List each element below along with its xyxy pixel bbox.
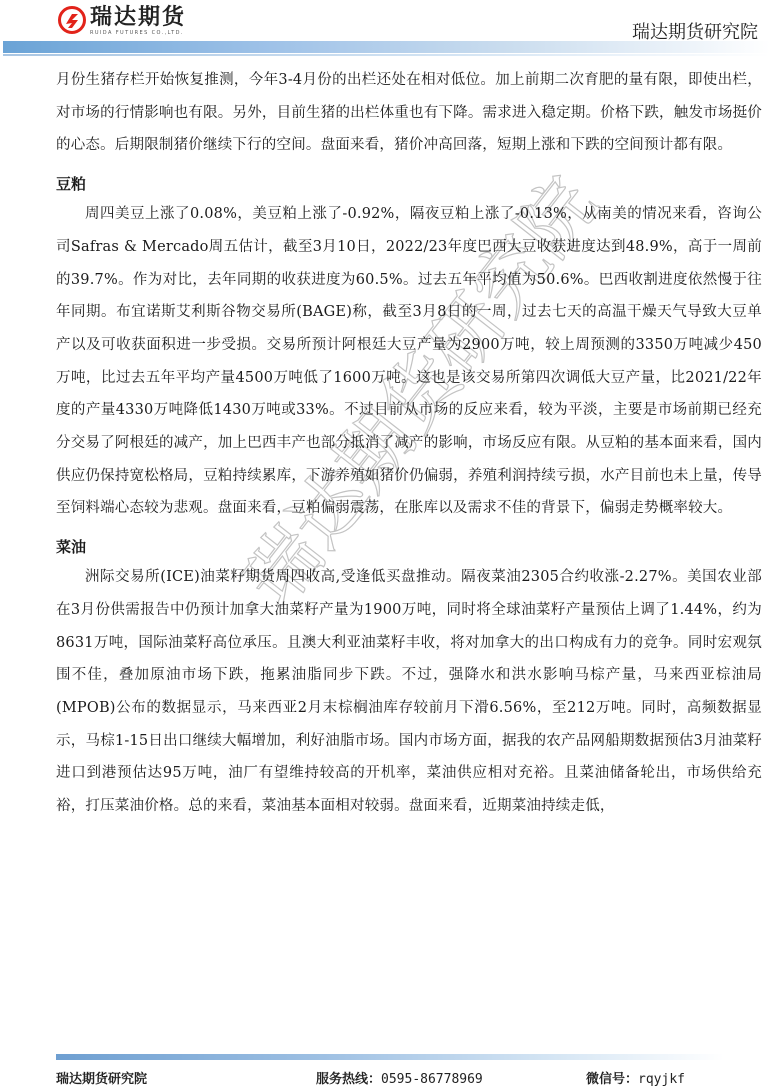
header-gradient-bar: [3, 41, 770, 53]
wechat-value: rqyjkf: [638, 1072, 685, 1087]
ruida-logo-icon: [58, 6, 86, 34]
section-title-soymeal: 豆粕: [56, 174, 762, 194]
footer-wechat: 微信号：rqyjkf: [586, 1068, 685, 1087]
intro-paragraph: 月份生猪存栏开始恢复推测，今年3-4月份的出栏还处在相对低位。加上前期二次育肥的…: [56, 64, 762, 162]
page-header: 瑞达期货 RUIDA FUTURES CO.,LTD. 瑞达期货研究院: [0, 0, 770, 60]
footer-hotline: 服务热线：0595-86778969: [316, 1068, 483, 1087]
document-body: 月份生猪存栏开始恢复推测，今年3-4月份的出栏还处在相对低位。加上前期二次育肥的…: [56, 64, 762, 823]
page-footer: 瑞达期货研究院 服务热线：0595-86778969 微信号：rqyjkf: [56, 1068, 736, 1088]
logo-english-name: RUIDA FUTURES CO.,LTD.: [90, 30, 186, 37]
footer-gradient-bar: [56, 1054, 724, 1060]
section-paragraph-soymeal: 周四美豆上涨了0.08%，美豆粕上涨了-0.92%，隔夜豆粕上涨了-0.13%，…: [56, 198, 762, 525]
logo-chinese-name: 瑞达期货: [90, 6, 186, 30]
section-title-rapeseed-oil: 菜油: [56, 537, 762, 557]
section-paragraph-rapeseed-oil: 洲际交易所(ICE)油菜籽期货周四收高,受逢低买盘推动。隔夜菜油2305合约收涨…: [56, 561, 762, 823]
company-logo: 瑞达期货 RUIDA FUTURES CO.,LTD.: [58, 6, 186, 38]
footer-org: 瑞达期货研究院: [56, 1068, 147, 1087]
wechat-label: 微信号：: [586, 1072, 638, 1087]
hotline-label: 服务热线：: [316, 1072, 381, 1087]
hotline-value: 0595-86778969: [381, 1072, 483, 1087]
header-divider: [3, 54, 770, 56]
